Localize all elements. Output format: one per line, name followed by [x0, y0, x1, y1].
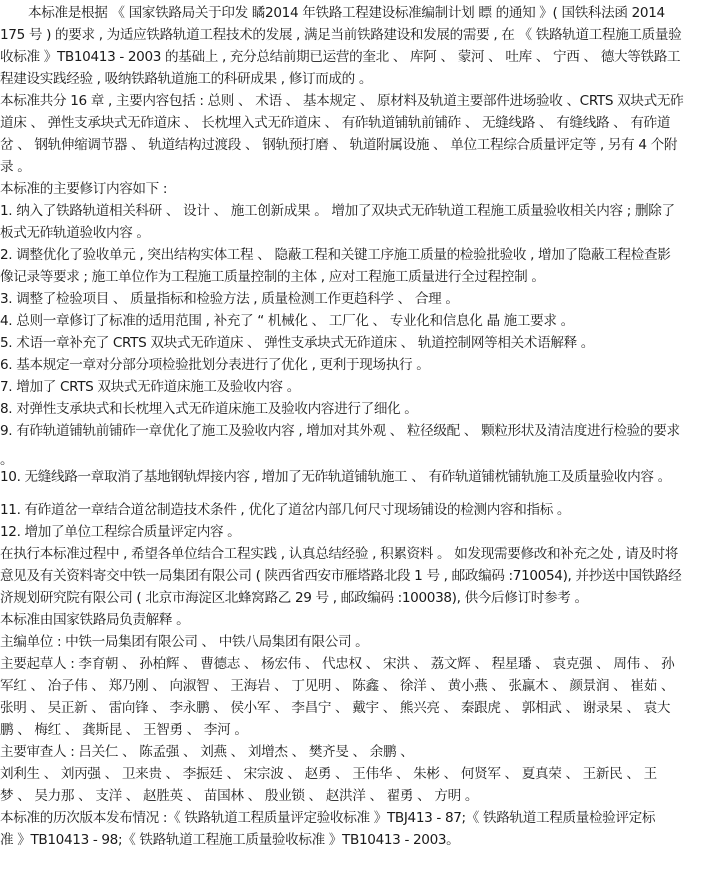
paragraph-intro-line: 收标准 》TB10413 - 2003 的基础上 , 充分总结前期已运营的奎北 … [0, 46, 680, 68]
chief-editor-units: 主编单位 : 中铁一局集团有限公司 、 中铁八局集团有限公司 。 [0, 631, 368, 653]
version-history: 准 》TB10413 - 98;《 铁路轨道工程施工质量验收标准 》TB1041… [0, 829, 459, 851]
paragraph-contents-line: 本标准共分 16 章 , 主要内容包括 : 总则 、 术语 、 基本规定 、 原… [0, 90, 683, 112]
revision-item-2: 2. 调整优化了验收单元 , 突出结构实体工程 、 隐蔽工程和关键工序施工质量的… [0, 244, 670, 266]
feedback-paragraph: 意见及有关资料寄交中铁一局集团有限公司 ( 陕西省西安市雁塔路北段 1 号 , … [0, 565, 681, 587]
revision-item-1: 板式无砟轨道验收内容 。 [0, 222, 150, 244]
feedback-paragraph: 济规划研究院有限公司 ( 北京市海淀区北蜂窝路乙 29 号 , 邮政编码 :10… [0, 587, 588, 609]
paragraph-contents-line: 岔 、 钢轨伸缩调节器 、 轨道结构过渡段 、 钢轨预打磨 、 轨道附属设施 、… [0, 134, 677, 156]
main-reviewers: 梦 、 吴力那 、 支洋 、 赵胜英 、 苗国林 、 殷业锁 、 赵洪洋 、 翟… [0, 785, 478, 807]
paragraph-contents-line: 录 。 [0, 156, 30, 178]
revision-heading: 本标准的主要修订内容如下 : [0, 178, 167, 200]
paragraph-intro-line: 程建设实践经验 , 吸纳铁路轨道施工的科研成果 , 修订而成的 。 [0, 68, 372, 90]
revision-item-2: 像记录等要求 ; 施工单位作为工程施工质量控制的主体 , 应对工程施工质量进行全… [0, 266, 545, 288]
main-drafters: 主要起草人 : 李育朝 、 孙柏辉 、 曹德志 、 杨宏伟 、 代忠权 、 宋洪… [0, 653, 674, 675]
revision-item-6: 6. 基本规定一章对分部分项检验批划分表进行了优化 , 更利于现场执行 。 [0, 354, 429, 376]
revision-item-7: 7. 增加了 CRTS 双块式无砟道床施工及验收内容 。 [0, 376, 300, 398]
paragraph-contents-line: 道床 、 弹性支承块式无砟道床 、 长枕埋入式无砟道床 、 有砟轨道铺轨前铺砟 … [0, 112, 670, 134]
revision-item-8: 8. 对弹性支承块式和长枕埋入式无砟道床施工及验收内容进行了细化 。 [0, 398, 418, 420]
revision-item-5: 5. 术语一章补充了 CRTS 双块式无砟道床 、 弹性支承块式无砟道床 、 轨… [0, 332, 594, 354]
main-drafters: 张明 、 吴正新 、 雷向锋 、 李永鹏 、 侯小军 、 李昌宁 、 戴宇 、 … [0, 697, 670, 719]
revision-item-3: 3. 调整了检验项目 、 质量指标和检验方法 , 质量检测工作更趋科学 、 合理… [0, 288, 459, 310]
revision-item-12: 12. 增加了单位工程综合质量评定内容 。 [0, 521, 240, 543]
paragraph-intro-line: 175 号 ) 的要求 , 为适应铁路轨道工程技术的发展 , 满足当前铁路建设和… [0, 24, 681, 46]
main-reviewers: 主要审查人 : 吕关仁 、 陈孟强 、 刘燕 、 刘增杰 、 樊齐旻 、 余鹏 … [0, 741, 413, 763]
main-drafters: 鹏 、 梅红 、 龚斯昆 、 王智勇 、 李河 。 [0, 719, 248, 741]
main-drafters: 军红 、 冶子伟 、 郑乃刚 、 向淑智 、 王海岩 、 丁见明 、 陈鑫 、 … [0, 675, 674, 697]
version-history: 本标准的历次版本发布情况 :《 铁路轨道工程质量评定验收标准 》TBJ413 -… [0, 807, 655, 829]
paragraph-intro-line: 本标准是根据 《 国家铁路局关于印发 瞲2014 年铁路工程建设标准编制计划 瞟… [28, 2, 665, 24]
revision-item-4: 4. 总则一章修订了标准的适用范围 , 补充了 “ 机械化 、 工厂化 、 专业… [0, 310, 574, 332]
revision-item-9: 9. 有砟轨道铺轨前铺砟一章优化了施工及验收内容 , 增加对其外观 、 粒径级配… [0, 420, 680, 442]
feedback-paragraph: 在执行本标准过程中 , 希望各单位结合工程实践 , 认真总结经验 , 积累资料 … [0, 543, 678, 565]
revision-item-1: 1. 纳入了铁路轨道相关科研 、 设计 、 施工创新成果 。 增加了双块式无砟轨… [0, 200, 675, 222]
interpretation-statement: 本标准由国家铁路局负责解释 。 [0, 609, 189, 631]
main-reviewers: 刘利生 、 刘丙强 、 卫来贵 、 李振廷 、 宋宗波 、 赵勇 、 王伟华 、… [0, 763, 657, 785]
document-body: 本标准是根据 《 国家铁路局关于印发 瞲2014 年铁路工程建设标准编制计划 瞟… [0, 0, 718, 872]
revision-item-11: 11. 有砟道岔一章结合道岔制造技术条件 , 优化了道岔内部几何尺寸现场铺设的检… [0, 499, 570, 521]
revision-item-10: 10. 无缝线路一章取消了基地钢轨焊接内容 , 增加了无砟轨道铺轨施工 、 有砟… [0, 466, 671, 488]
